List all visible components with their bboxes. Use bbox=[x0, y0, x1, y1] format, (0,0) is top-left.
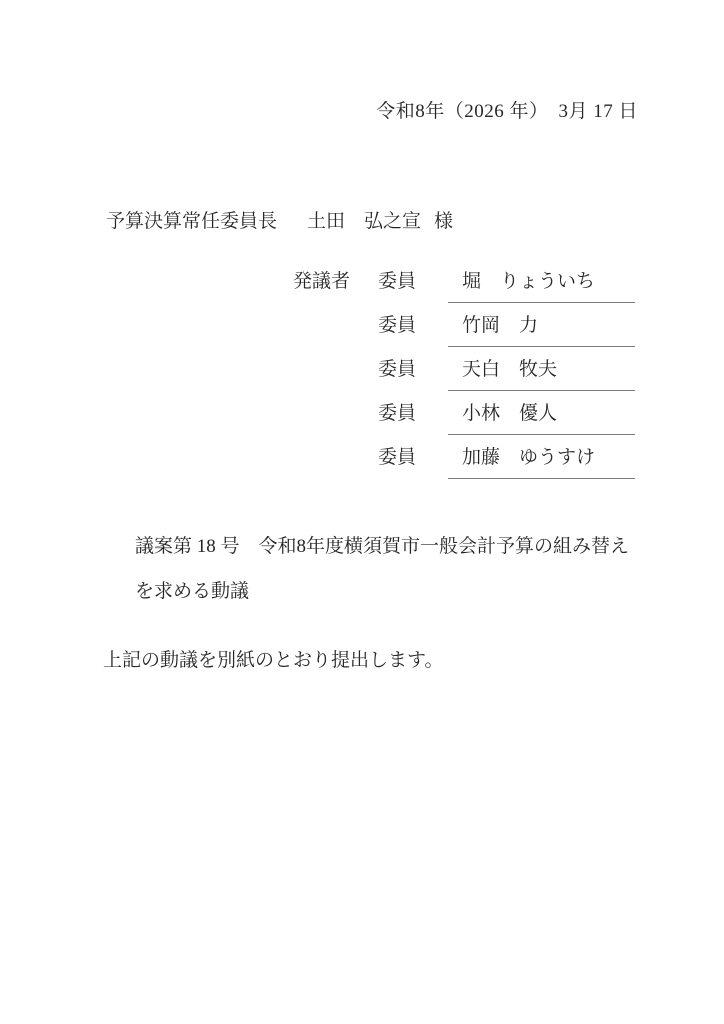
proposer-role-label: 委員 bbox=[378, 358, 448, 391]
proposer-row: 発議者 委員 堀 りょういち bbox=[293, 270, 635, 303]
proposer-row: 委員 天白 牧夫 bbox=[293, 358, 635, 391]
addressee-title: 予算決算常任委員長 bbox=[106, 211, 277, 232]
subject-line-1: 議案第 18 号 令和8年度横須賀市一般会計予算の組み替え bbox=[135, 531, 629, 558]
proposers-label-spacer bbox=[293, 358, 378, 391]
proposer-name: 天白 牧夫 bbox=[448, 358, 635, 391]
proposer-role-label: 委員 bbox=[378, 446, 448, 479]
proposers-label-spacer bbox=[293, 314, 378, 347]
body-text: 上記の動議を別紙のとおり提出します。 bbox=[103, 645, 443, 672]
proposer-role-label: 委員 bbox=[378, 314, 448, 347]
proposer-name: 堀 りょういち bbox=[448, 270, 635, 303]
proposer-row: 委員 加藤 ゆうすけ bbox=[293, 446, 635, 479]
proposer-name: 竹岡 力 bbox=[448, 314, 635, 347]
proposers-label-spacer bbox=[293, 402, 378, 435]
date-line: 令和8年（2026 年） 3月 17 日 bbox=[376, 96, 638, 123]
proposer-name: 加藤 ゆうすけ bbox=[448, 446, 635, 479]
document-page: 令和8年（2026 年） 3月 17 日 予算決算常任委員長土田 弘之宣様 発議… bbox=[0, 0, 724, 1024]
proposer-role-label: 委員 bbox=[378, 270, 448, 303]
proposers-label-spacer bbox=[293, 446, 378, 479]
proposer-role-label: 委員 bbox=[378, 402, 448, 435]
proposers-block: 発議者 委員 堀 りょういち 委員 竹岡 力 委員 天白 牧夫 委員 小林 優人… bbox=[293, 270, 635, 490]
addressee-name: 土田 弘之宣 bbox=[307, 211, 421, 232]
proposer-row: 委員 竹岡 力 bbox=[293, 314, 635, 347]
subject-line-2: を求める動議 bbox=[135, 576, 249, 603]
addressee-line: 予算決算常任委員長土田 弘之宣様 bbox=[87, 184, 453, 255]
proposer-row: 委員 小林 優人 bbox=[293, 402, 635, 435]
proposer-name: 小林 優人 bbox=[448, 402, 635, 435]
proposers-label: 発議者 bbox=[293, 270, 378, 303]
addressee-honorific: 様 bbox=[434, 211, 453, 232]
